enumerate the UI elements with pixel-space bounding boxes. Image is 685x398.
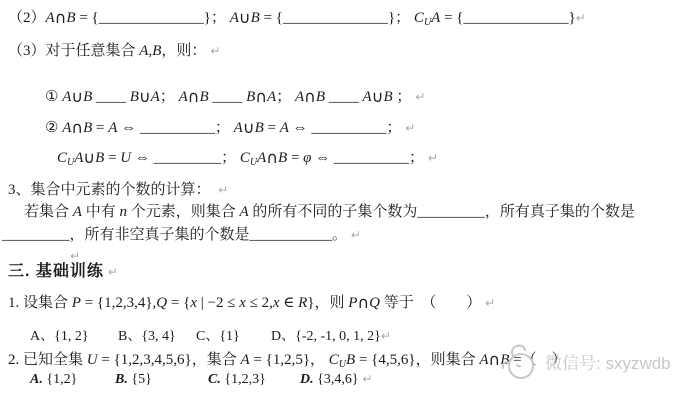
text-segment: 个元素，则集合	[127, 204, 240, 220]
document-line: B. {5}	[115, 371, 152, 389]
text-segment: _________	[154, 150, 222, 166]
text-segment: ；	[215, 120, 230, 136]
text-segment: {5}	[128, 372, 152, 387]
document-line: 2. 已知全集 U = {1,2,3,4,5,6}，集合 A = {1,2,5}…	[8, 350, 567, 372]
text-segment: = {1,2,3,4}	[81, 295, 153, 311]
document-line: （3）对于任意集合 A,B，则： ↵	[8, 42, 220, 61]
text-segment: R	[298, 295, 307, 311]
text-segment: ；	[393, 89, 412, 105]
text-segment: C	[329, 352, 339, 368]
text-segment: ∪	[243, 118, 255, 137]
text-segment: 中有	[82, 204, 120, 220]
text-segment: 。	[332, 227, 347, 243]
document-line: 1. 设集合 P = {1,2,3,4},Q = {x | −2 ≤ x ≤ 2…	[8, 293, 495, 313]
text-segment: ↵	[359, 372, 373, 386]
text-segment: U	[339, 359, 346, 370]
text-segment: 若集合	[24, 204, 73, 220]
text-segment: ，	[310, 352, 329, 368]
text-segment: ↵	[424, 151, 438, 165]
document-line: D、{-2, -1, 0, 1, 2}↵	[271, 328, 391, 346]
text-segment: =	[287, 150, 303, 166]
text-segment: {1,2,3}	[221, 372, 266, 387]
text-segment: （2）	[8, 10, 46, 26]
text-segment: ；	[409, 150, 424, 166]
text-segment: ；	[386, 120, 401, 136]
text-segment: A	[239, 204, 248, 220]
text-segment: B	[346, 352, 355, 368]
text-segment: ↵	[481, 296, 495, 310]
text-segment: B	[255, 120, 264, 136]
text-segment: 1.	[8, 295, 23, 311]
text-segment: ↵	[401, 121, 415, 135]
text-segment: ____	[92, 89, 130, 105]
text-segment: ；	[221, 150, 236, 166]
text-segment: P	[72, 295, 81, 311]
document-line: A、{1, 2}	[30, 328, 89, 346]
text-segment: ↵	[70, 249, 80, 263]
text-segment: = {4,5,6}	[355, 352, 415, 368]
document-line: （2）A∩B = {______________}； A∪B = {______…	[8, 8, 586, 30]
text-segment: A	[151, 89, 160, 105]
text-segment: =	[92, 120, 108, 136]
text-segment: ≤ 2,	[246, 295, 273, 311]
text-segment: ；	[160, 89, 175, 105]
text-segment: B	[316, 89, 325, 105]
text-segment: ∪	[139, 87, 151, 106]
text-segment: D、{-2, -1, 0, 1, 2}	[271, 329, 381, 344]
text-segment: B	[383, 89, 392, 105]
text-segment: ↵	[381, 329, 391, 343]
text-segment: ↵	[104, 265, 118, 279]
text-segment: B	[130, 89, 139, 105]
text-segment: | −2 ≤	[197, 295, 239, 311]
text-segment: A	[62, 120, 71, 136]
text-segment: 的所有不同的子集个数为	[249, 204, 418, 220]
text-segment: ∪	[239, 8, 251, 27]
document-line: D. {3,4,6} ↵	[300, 371, 372, 389]
text-segment: A	[73, 204, 82, 220]
text-segment: ∪	[83, 148, 95, 167]
text-segment: n	[119, 204, 127, 220]
text-segment: A	[230, 10, 239, 26]
text-segment: ∪	[372, 87, 384, 106]
text-segment: ______________	[283, 10, 388, 26]
text-segment: A	[267, 89, 276, 105]
text-segment: ∩	[357, 293, 369, 312]
text-segment: A	[240, 352, 249, 368]
document-line: B、{3, 4}	[118, 328, 176, 346]
text-segment: ⇔	[131, 150, 154, 166]
text-segment: 设集合	[23, 295, 72, 311]
worksheet-page: （2）A∩B = {______________}； A∪B = {______…	[0, 0, 685, 398]
text-segment: 3、集合中元素的个数的计算：	[8, 182, 211, 198]
text-segment: = {	[167, 295, 190, 311]
text-segment: D.	[300, 372, 314, 387]
text-segment: A	[257, 150, 266, 166]
text-segment: ∩	[55, 8, 67, 27]
text-segment: A	[46, 10, 55, 26]
text-segment: __________	[140, 120, 215, 136]
text-segment: ∩	[188, 87, 200, 106]
text-segment: {3,4,6}	[314, 372, 359, 387]
text-segment: Q	[156, 295, 167, 311]
text-segment: }	[569, 10, 576, 26]
document-line: C. {1,2,3}	[208, 371, 266, 389]
watermark-text: 微信号: sxyzwdb	[545, 349, 671, 374]
text-segment: A	[295, 89, 304, 105]
text-segment: x	[190, 295, 197, 311]
text-segment: x	[273, 295, 280, 311]
text-segment: }	[307, 295, 314, 311]
text-segment: B	[246, 89, 255, 105]
text-segment: （3）对于任意集合	[8, 43, 139, 59]
text-segment: ，集合	[192, 352, 241, 368]
text-segment: = {	[76, 10, 99, 26]
watermark: 微信号: sxyzwdb	[500, 340, 671, 382]
text-segment: B	[199, 89, 208, 105]
text-segment: 三. 基础训练	[8, 263, 104, 280]
text-segment: Q	[369, 295, 380, 311]
text-segment: ，则：	[161, 43, 206, 59]
text-segment: ∩	[255, 87, 267, 106]
text-segment: ，所有真子集的个数是	[485, 204, 635, 220]
text-segment: =	[264, 120, 280, 136]
text-segment: {1,2}	[43, 372, 77, 387]
document-line: C、{1}	[196, 328, 240, 346]
document-line: ① A∪B ____ B∪A； A∩B ____ B∩A； A∩B ____ A…	[45, 87, 425, 107]
text-segment: _________	[2, 227, 70, 243]
document-line: ② A∩B = A ⇔ __________； A∪B = A ⇔ ______…	[45, 118, 415, 138]
text-segment: ②	[45, 120, 62, 136]
text-segment: ∩	[266, 148, 278, 167]
text-segment: ，所有非空真子集的个数是	[70, 227, 250, 243]
text-segment: A.	[30, 372, 43, 387]
document-line: _________，所有非空真子集的个数是___________。 ↵	[2, 226, 361, 245]
text-segment: ∩	[489, 350, 501, 369]
text-segment: ______________	[464, 10, 569, 26]
text-segment: U	[120, 150, 131, 166]
document-line: 若集合 A 中有 n 个元素，则集合 A 的所有不同的子集个数为________…	[24, 203, 635, 222]
text-segment: ____	[209, 89, 247, 105]
text-segment: A	[62, 89, 71, 105]
text-segment: ⇔	[289, 120, 312, 136]
text-segment: A、{1, 2}	[30, 329, 89, 344]
text-segment: ∈	[280, 295, 299, 311]
text-segment: ______________	[99, 10, 204, 26]
text-segment: ∩	[71, 118, 83, 137]
text-segment: ____	[325, 89, 363, 105]
text-segment: ；	[276, 89, 291, 105]
text-segment: B.	[115, 372, 128, 387]
document-line: CUA∪B = U ⇔ _________； CUA∩B = φ ⇔ _____…	[57, 148, 438, 170]
text-segment: A	[431, 10, 440, 26]
text-segment: B	[278, 150, 287, 166]
text-segment: ___________	[250, 227, 333, 243]
text-segment: =	[104, 150, 120, 166]
text-segment: B	[152, 43, 161, 59]
text-segment: _________	[417, 204, 485, 220]
text-segment: ↵	[206, 44, 220, 58]
text-segment: ，则集合	[416, 352, 480, 368]
text-segment: = {	[440, 10, 463, 26]
text-segment: }	[204, 10, 211, 26]
text-segment: C	[57, 150, 67, 166]
text-segment: __________	[311, 120, 386, 136]
text-segment: = {1,2,3,4,5,6}	[98, 352, 192, 368]
text-segment: ；	[211, 10, 226, 26]
text-segment: 2.	[8, 352, 23, 368]
text-segment: ；	[395, 10, 410, 26]
text-segment: ↵	[576, 11, 586, 25]
text-segment: __________	[334, 150, 409, 166]
document-line: 三. 基础训练 ↵	[8, 262, 118, 282]
text-segment: ，则	[315, 295, 349, 311]
text-segment: A	[179, 89, 188, 105]
text-segment: ①	[45, 89, 62, 105]
text-segment: B	[95, 150, 104, 166]
text-segment: A	[363, 89, 372, 105]
text-segment: C、{1}	[196, 329, 240, 344]
text-segment: ↵	[347, 228, 361, 242]
document-line: 3、集合中元素的个数的计算： ↵	[8, 181, 228, 200]
text-segment: C	[414, 10, 424, 26]
text-segment: = {	[260, 10, 283, 26]
text-segment: C.	[208, 372, 221, 387]
text-segment: C	[240, 150, 250, 166]
text-segment: U	[87, 352, 98, 368]
text-segment: ↵	[211, 183, 229, 197]
text-segment: ⇔	[311, 150, 334, 166]
text-segment: B、{3, 4}	[118, 329, 176, 344]
text-segment: ↵	[411, 90, 425, 104]
text-segment: ∩	[304, 87, 316, 106]
text-segment: 等于 （ ）	[380, 295, 481, 311]
text-segment: B	[83, 89, 92, 105]
text-segment: x	[239, 295, 246, 311]
text-segment: A	[280, 120, 289, 136]
text-segment: = {1,2,5}	[250, 352, 310, 368]
text-segment: B	[251, 10, 260, 26]
text-segment: 已知全集	[23, 352, 87, 368]
text-segment: A	[234, 120, 243, 136]
text-segment: B	[66, 10, 75, 26]
text-segment: ⇔	[117, 120, 140, 136]
text-segment: ∪	[71, 87, 83, 106]
document-line: A. {1,2}	[30, 371, 77, 389]
text-segment: B	[83, 120, 92, 136]
mascot-face-icon	[500, 340, 540, 382]
text-segment: A	[479, 352, 488, 368]
